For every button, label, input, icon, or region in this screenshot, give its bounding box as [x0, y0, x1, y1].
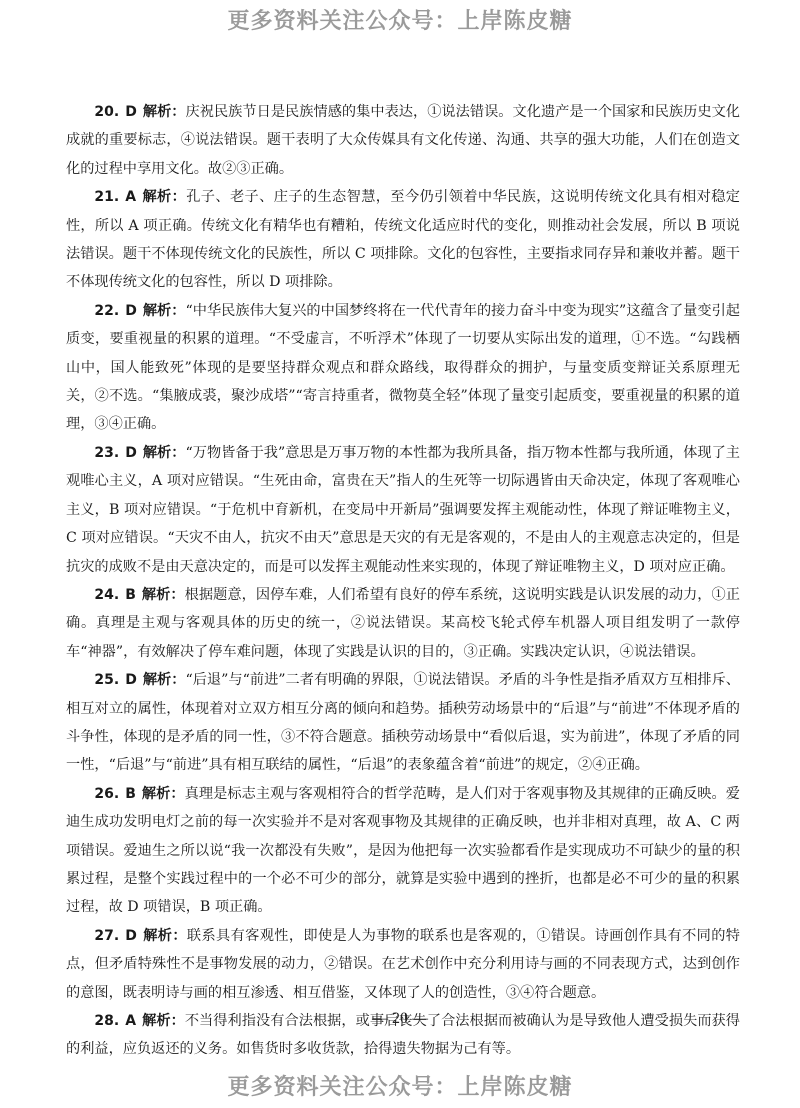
answer-letter: B — [125, 587, 136, 603]
watermark-top: 更多资料关注公众号：上岸陈皮糖 — [0, 4, 800, 35]
analysis-label: 解析： — [143, 303, 186, 319]
analysis-text: “中华民族伟大复兴的中国梦终将在一代代青年的接力奋斗中变为现实”这蕴含了量变引起… — [66, 303, 740, 433]
answer-item-23: 23.D解析：“万物皆备于我”意思是万事万物的本性都为我所具备，指万物本性都与我… — [66, 439, 740, 581]
page-number: — 20 — — [0, 1010, 800, 1028]
answer-letter: B — [125, 786, 136, 802]
question-number: 24. — [94, 587, 119, 603]
analysis-label: 解析： — [143, 672, 186, 688]
question-number: 20. — [94, 104, 119, 120]
answer-letter: D — [125, 303, 137, 319]
answer-explanations: 20.D解析：庆祝民族节日是民族情感的集中表达，①说法错误。文化遗产是一个国家和… — [66, 98, 740, 1064]
answer-letter: A — [125, 189, 136, 205]
question-number: 23. — [94, 445, 119, 461]
question-number: 26. — [94, 786, 119, 802]
answer-letter: D — [125, 104, 137, 120]
analysis-label: 解析： — [143, 445, 186, 461]
analysis-label: 解析： — [142, 189, 186, 205]
analysis-label: 解析： — [142, 786, 185, 802]
answer-letter: D — [125, 928, 137, 944]
answer-letter: D — [125, 445, 137, 461]
question-number: 25. — [94, 672, 119, 688]
answer-item-22: 22.D解析：“中华民族伟大复兴的中国梦终将在一代代青年的接力奋斗中变为现实”这… — [66, 297, 740, 439]
analysis-label: 解析： — [143, 104, 186, 120]
answer-item-26: 26.B解析：真理是标志主观与客观相符合的哲学范畴，是人们对于客观事物及其规律的… — [66, 780, 740, 922]
analysis-label: 解析： — [142, 587, 185, 603]
question-number: 27. — [94, 928, 119, 944]
question-number: 21. — [94, 189, 119, 205]
answer-item-20: 20.D解析：庆祝民族节日是民族情感的集中表达，①说法错误。文化遗产是一个国家和… — [66, 98, 740, 183]
answer-item-25: 25.D解析：“后退”与“前进”二者有明确的界限，①说法错误。矛盾的斗争性是指矛… — [66, 666, 740, 780]
answer-item-24: 24.B解析：根据题意，因停车难，人们希望有良好的停车系统，这说明实践是认识发展… — [66, 581, 740, 666]
watermark-bottom: 更多资料关注公众号：上岸陈皮糖 — [0, 1070, 800, 1101]
answer-item-27: 27.D解析：联系具有客观性，即使是人为事物的联系也是客观的，①错误。诗画创作具… — [66, 922, 740, 1007]
analysis-text: 真理是标志主观与客观相符合的哲学范畴，是人们对于客观事物及其规律的正确反映。爱迪… — [66, 786, 740, 916]
answer-item-21: 21.A解析：孔子、老子、庄子的生态智慧，至今仍引领着中华民族，这说明传统文化具… — [66, 183, 740, 297]
analysis-text: “万物皆备于我”意思是万事万物的本性都为我所具备，指万物本性都与我所通，体现了主… — [66, 445, 740, 575]
analysis-label: 解析： — [143, 928, 187, 944]
question-number: 22. — [94, 303, 119, 319]
answer-letter: D — [125, 672, 137, 688]
